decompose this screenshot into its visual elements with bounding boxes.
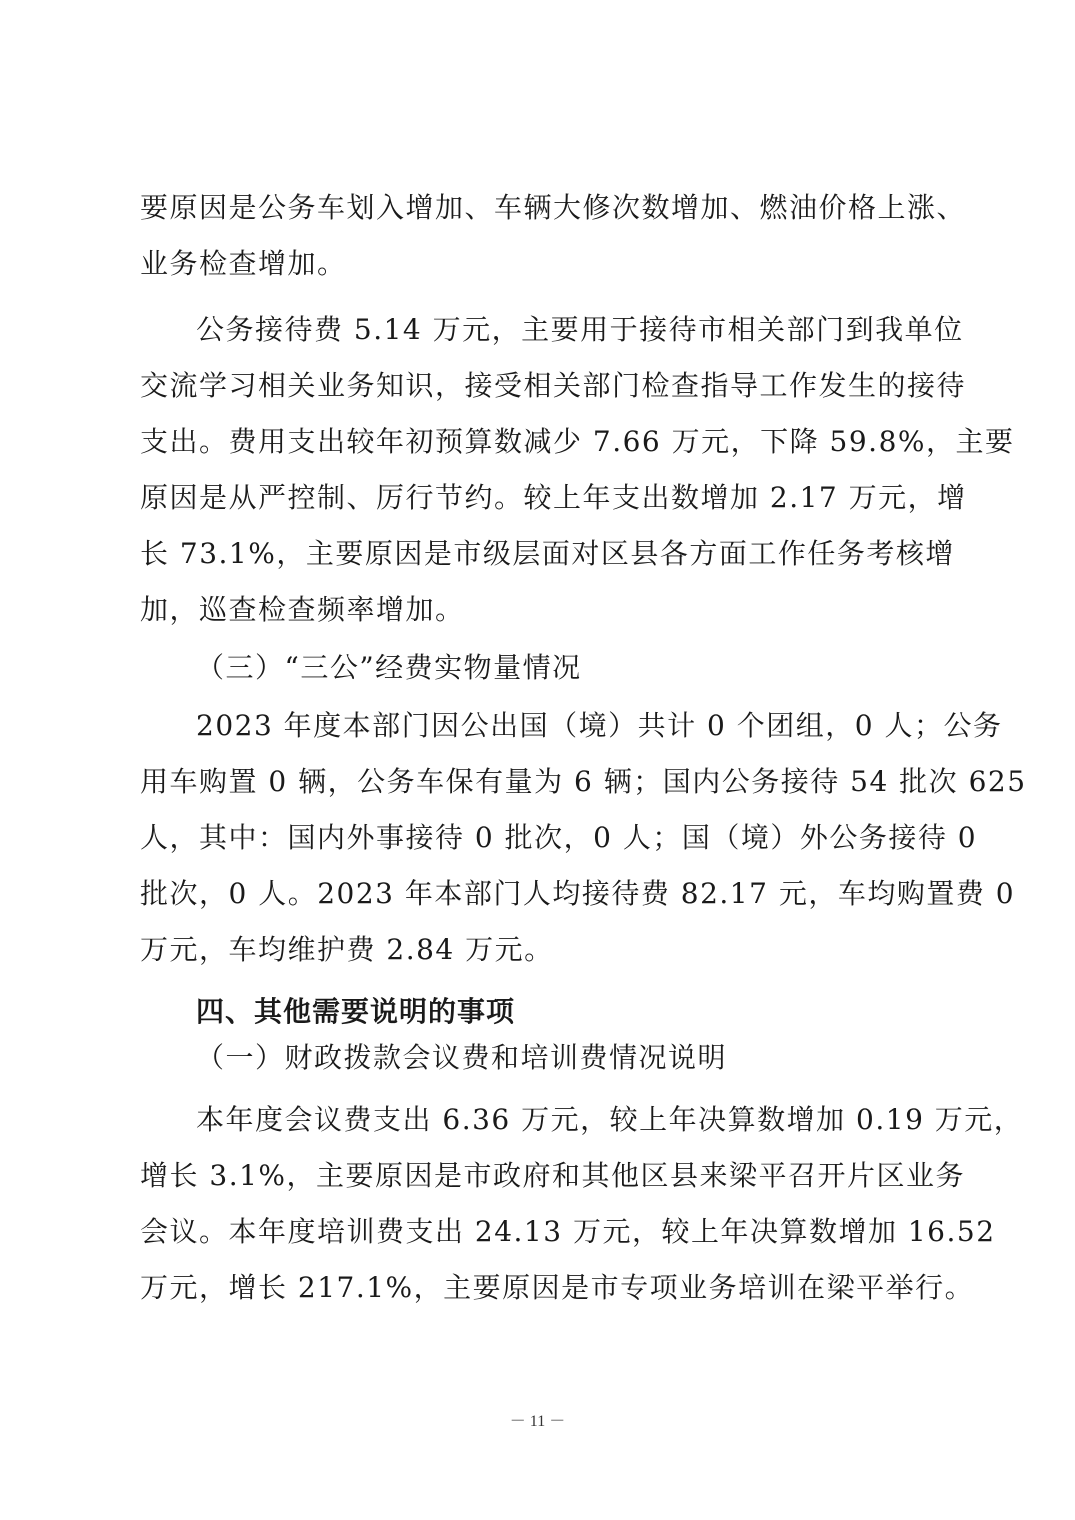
page-number: － 11 －	[0, 1408, 1075, 1431]
paragraph-line: 用车购置 0 辆，公务车保有量为 6 辆；国内公务接待 54 批次 625	[140, 764, 940, 800]
section-heading: 四、其他需要说明的事项	[196, 994, 515, 1030]
paragraph-line: 长 73.1%，主要原因是市级层面对区县各方面工作任务考核增	[140, 536, 940, 572]
paragraph-line: 支出。费用支出较年初预算数减少 7.66 万元，下降 59.8%，主要	[140, 424, 940, 460]
paragraph-line: 批次，0 人。2023 年本部门人均接待费 82.17 元，车均购置费 0	[140, 876, 940, 912]
paragraph-line: 会议。本年度培训费支出 24.13 万元，较上年决算数增加 16.52	[140, 1214, 940, 1250]
section-subheading: （一）财政拨款会议费和培训费情况说明	[196, 1040, 727, 1076]
paragraph-line: 原因是从严控制、厉行节约。较上年支出数增加 2.17 万元，增	[140, 480, 940, 516]
paragraph-line: 业务检查增加。	[140, 246, 940, 282]
paragraph-line: 加，巡查检查频率增加。	[140, 592, 940, 628]
paragraph-line: 增长 3.1%，主要原因是市政府和其他区县来梁平召开片区业务	[140, 1158, 940, 1194]
paragraph-line: 万元，增长 217.1%，主要原因是市专项业务培训在梁平举行。	[140, 1270, 940, 1306]
paragraph-line: 要原因是公务车划入增加、车辆大修次数增加、燃油价格上涨、	[140, 190, 940, 226]
document-page: 要原因是公务车划入增加、车辆大修次数增加、燃油价格上涨、 业务检查增加。 公务接…	[0, 0, 1075, 1520]
paragraph-line: 本年度会议费支出 6.36 万元，较上年决算数增加 0.19 万元，	[196, 1102, 940, 1138]
section-subheading: （三）“三公”经费实物量情况	[196, 650, 582, 686]
paragraph-line: 人，其中：国内外事接待 0 批次，0 人；国（境）外公务接待 0	[140, 820, 940, 856]
paragraph-line: 万元，车均维护费 2.84 万元。	[140, 932, 940, 968]
paragraph-line: 公务接待费 5.14 万元，主要用于接待市相关部门到我单位	[196, 312, 940, 348]
paragraph-line: 2023 年度本部门因公出国（境）共计 0 个团组，0 人；公务	[196, 708, 940, 744]
paragraph-line: 交流学习相关业务知识，接受相关部门检查指导工作发生的接待	[140, 368, 940, 404]
